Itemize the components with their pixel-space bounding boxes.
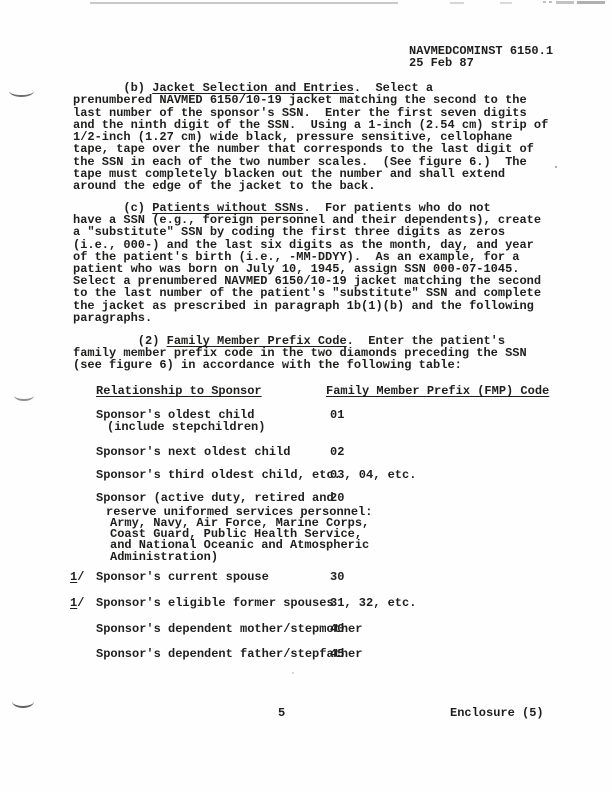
table-row-code: 20 [330, 491, 344, 505]
scan-artifact-top-line [577, 1, 605, 4]
table-row-label: (include stepchildren) [107, 420, 265, 434]
page-number: 5 [278, 706, 285, 720]
scan-artifact-curl [12, 695, 34, 708]
paragraph-c-patients-without-ssns: (c) Patients without SSNs. For patients … [73, 202, 541, 324]
table-row-label: Sponsor's dependent father/stepfather [96, 647, 362, 661]
table-row-code: 02 [330, 445, 344, 459]
scan-artifact-speck [292, 672, 294, 674]
footnote-marker: 1/ [70, 596, 84, 610]
header-date: 25 Feb 87 [409, 58, 553, 70]
scan-artifact-top-line [556, 1, 574, 4]
text-segment: (see figure 6) in accordance with the fo… [73, 358, 462, 372]
scan-artifact-curl [9, 85, 34, 97]
scan-artifact-curl [14, 390, 34, 401]
paragraph-b-jacket-selection: (b) Jacket Selection and Entries. Select… [73, 82, 548, 192]
table-row-code: 31, 32, etc. [330, 596, 416, 610]
footnote-marker: 1/ [70, 570, 84, 584]
text-line: around the edge of the jacket to the bac… [73, 180, 548, 192]
text-segment: / [77, 596, 84, 610]
table-row-label: Sponsor's next oldest child [96, 445, 290, 459]
scan-artifact-top-line [543, 1, 546, 3]
table-header-fmp-code: Family Member Prefix (FMP) Code [326, 384, 549, 398]
paragraph-2-family-member-prefix-code: (2) Family Member Prefix Code. Enter the… [73, 335, 527, 371]
text-segment: around the edge of the jacket to the bac… [73, 179, 375, 193]
underlined-text: Family Member Prefix (FMP) Code [326, 384, 549, 398]
scan-artifact-speck [555, 166, 557, 168]
scan-artifact-top-line [549, 1, 552, 3]
text-line: (see figure 6) in accordance with the fo… [73, 359, 527, 371]
table-row-code: 01 [330, 408, 344, 422]
text-segment: paragraphs. [73, 311, 152, 325]
table-row-code: 03, 04, etc. [330, 468, 416, 482]
scan-artifact-top-line [450, 2, 464, 4]
table-row-label: Sponsor's eligible former spouses [96, 596, 334, 610]
table-row-label: Sponsor's dependent mother/stepmother [96, 622, 362, 636]
table-row-label: Sponsor's third oldest child, etc. [96, 468, 341, 482]
table-row-label: Sponsor (active duty, retired and [96, 491, 334, 505]
table-header-relationship: Relationship to Sponsor [96, 384, 262, 398]
table-row-code: 40 [330, 622, 344, 636]
table-row-code: 30 [330, 570, 344, 584]
enclosure-label: Enclosure (5) [450, 706, 544, 720]
table-row-code: 45 [330, 647, 344, 661]
document-header: NAVMEDCOMINST 6150.1 25 Feb 87 [409, 46, 553, 69]
table-row-label: Sponsor's current spouse [96, 570, 269, 584]
scan-artifact-top-line [90, 2, 398, 4]
table-row-label: Administration) [110, 550, 218, 564]
text-segment: / [77, 570, 84, 584]
scan-artifact-top-line [500, 2, 512, 4]
text-line: paragraphs. [73, 312, 541, 324]
document-page: NAVMEDCOMINST 6150.1 25 Feb 87 (b) Jacke… [0, 0, 612, 792]
underlined-text: Relationship to Sponsor [96, 384, 262, 398]
